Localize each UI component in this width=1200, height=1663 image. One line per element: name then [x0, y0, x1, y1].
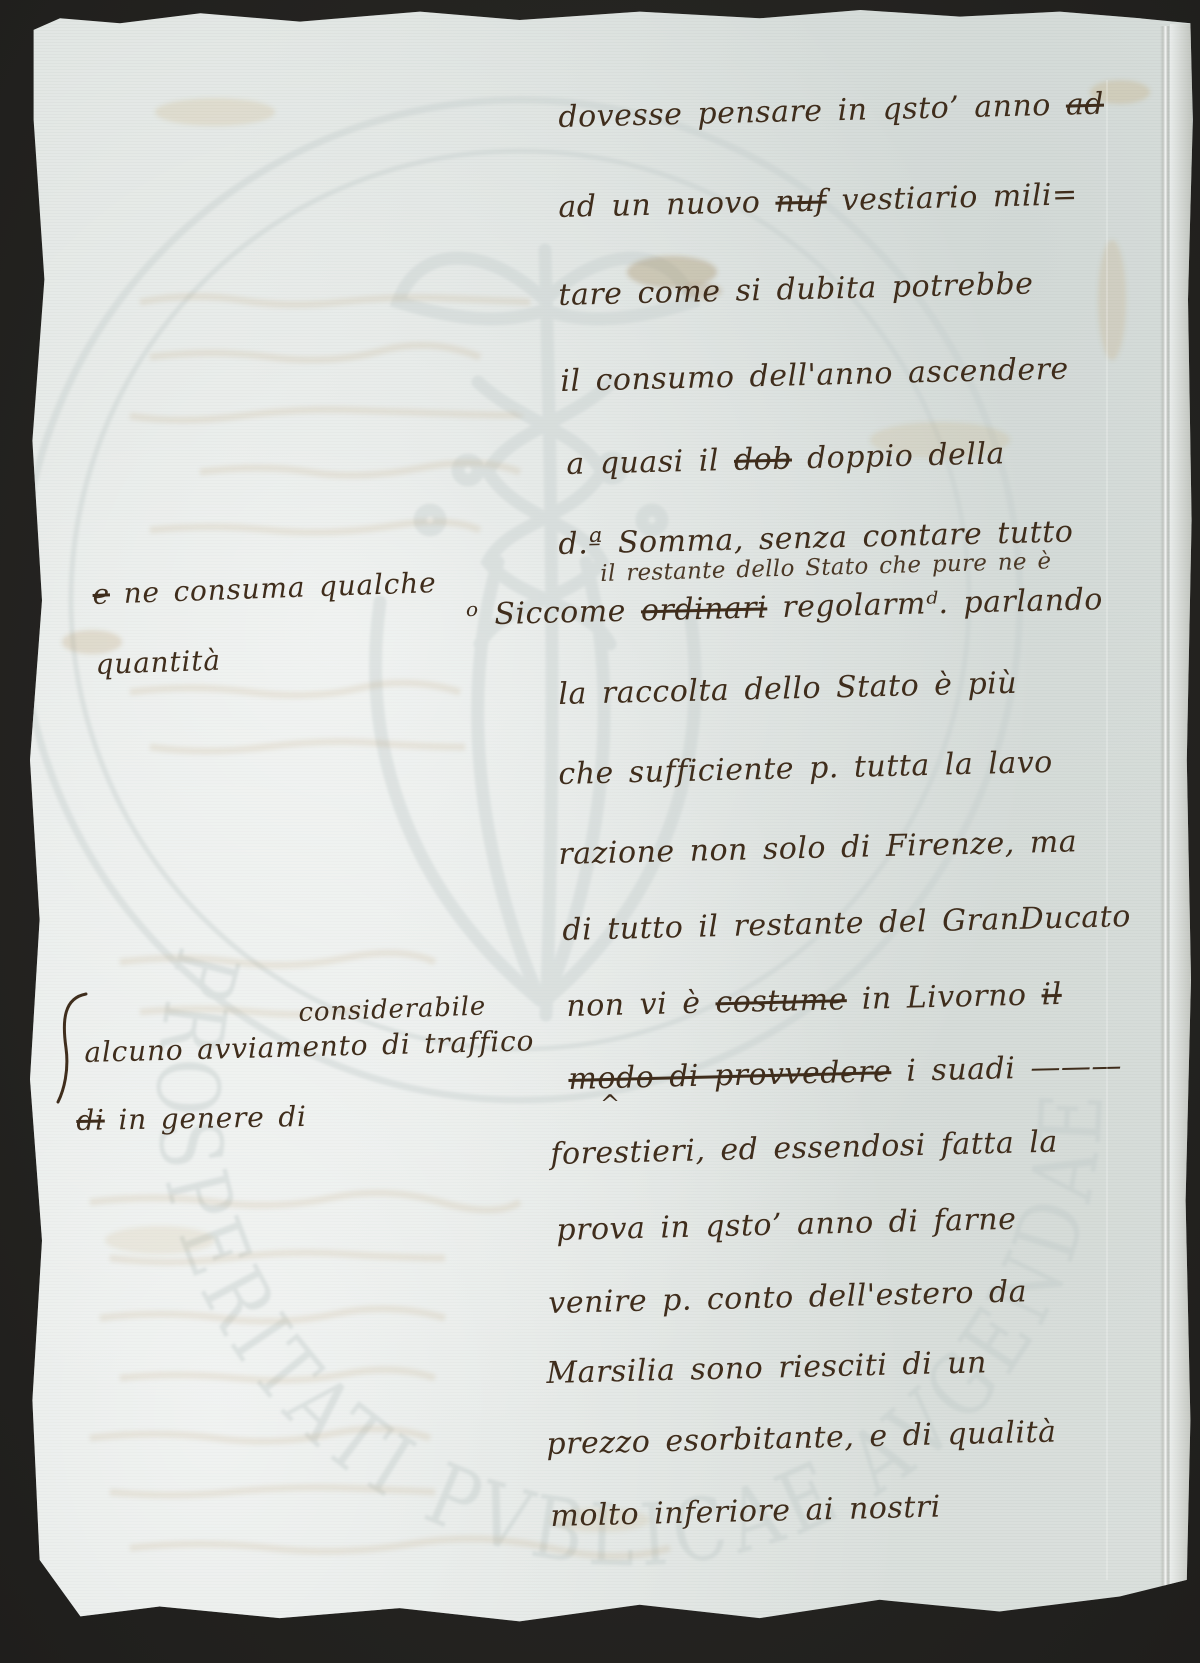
faint-fold-line	[1106, 80, 1108, 1580]
text-segment: i suadi ———	[891, 1048, 1122, 1089]
insertion-mark: o	[466, 597, 478, 621]
text-segment: Siccome	[494, 593, 641, 632]
text-segment: doppio della	[792, 436, 1006, 476]
backing-surface: PROSPERITATI PVBLICAE AVGENDAE	[0, 0, 1200, 1663]
text-segment: ad un nuovo	[558, 185, 776, 225]
margin-note-consumption-line2: quantità	[95, 644, 221, 681]
struck-segment: il	[1041, 977, 1062, 1012]
text-segment: non vi è	[566, 985, 716, 1024]
struck-segment: e	[92, 577, 111, 611]
text-segment: a quasi il	[566, 443, 734, 482]
struck-segment: ordinari	[641, 590, 768, 628]
manuscript-page: PROSPERITATI PVBLICAE AVGENDAE	[0, 0, 1200, 1663]
text-segment: in genere di	[104, 1100, 307, 1137]
struck-segment: costume	[715, 982, 847, 1020]
margin-note-traffic-line2: di in genere di	[76, 1100, 307, 1137]
caret-mark: ^	[600, 1090, 620, 1118]
text-segment: vestiario mili=	[826, 177, 1078, 218]
text-segment: in Livorno	[846, 977, 1042, 1017]
struck-segment: di	[76, 1104, 105, 1137]
fold-crease	[1160, 26, 1170, 1604]
struck-segment: dob	[734, 441, 793, 477]
right-edge-shade	[1170, 24, 1192, 1606]
struck-segment: nuf	[775, 183, 827, 219]
struck-segment: ad	[1065, 87, 1104, 123]
